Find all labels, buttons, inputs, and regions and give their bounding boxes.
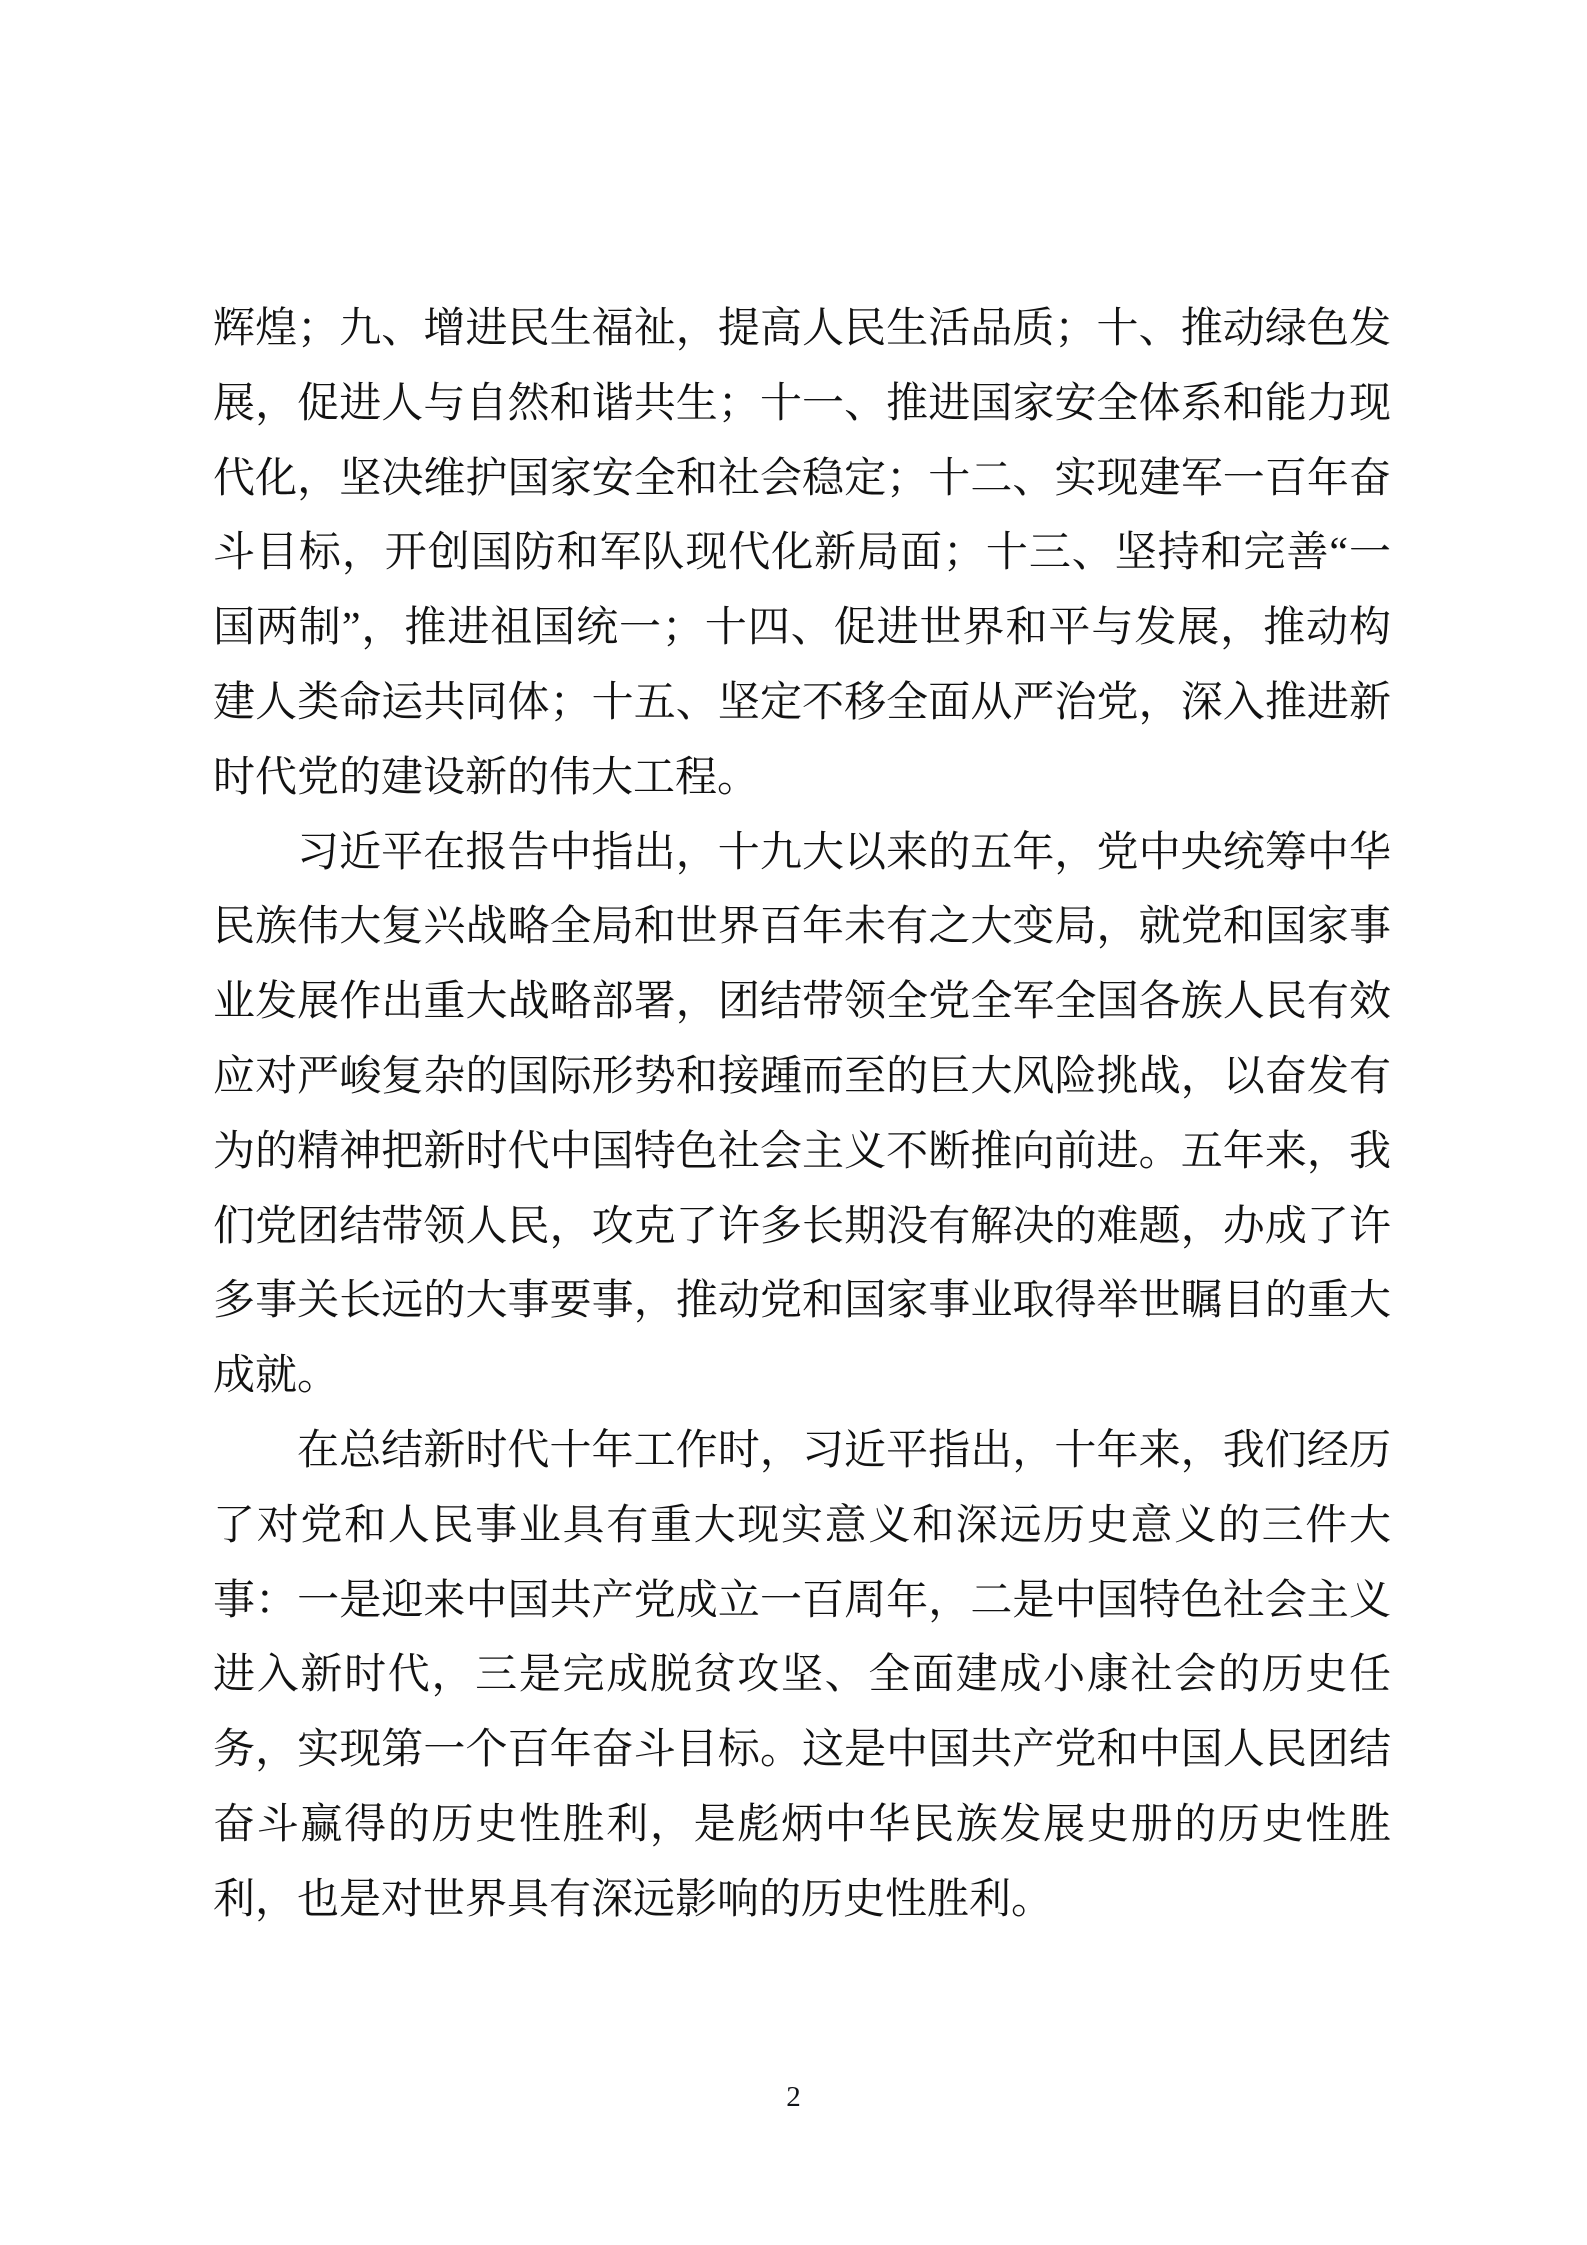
paragraph: 习近平在报告中指出，十九大以来的五年，党中央统筹中华民族伟大复兴战略全局和世界百… [213, 816, 1391, 1414]
document-body: 辉煌；九、增进民生福祉，提高人民生活品质；十、推动绿色发展，促进人与自然和谐共生… [213, 292, 1391, 1938]
paragraph: 辉煌；九、增进民生福祉，提高人民生活品质；十、推动绿色发展，促进人与自然和谐共生… [213, 292, 1391, 816]
document-page: 辉煌；九、增进民生福祉，提高人民生活品质；十、推动绿色发展，促进人与自然和谐共生… [0, 0, 1587, 2245]
page-number: 2 [0, 2083, 1587, 2112]
paragraph: 在总结新时代十年工作时，习近平指出，十年来，我们经历了对党和人民事业具有重大现实… [213, 1414, 1391, 1938]
